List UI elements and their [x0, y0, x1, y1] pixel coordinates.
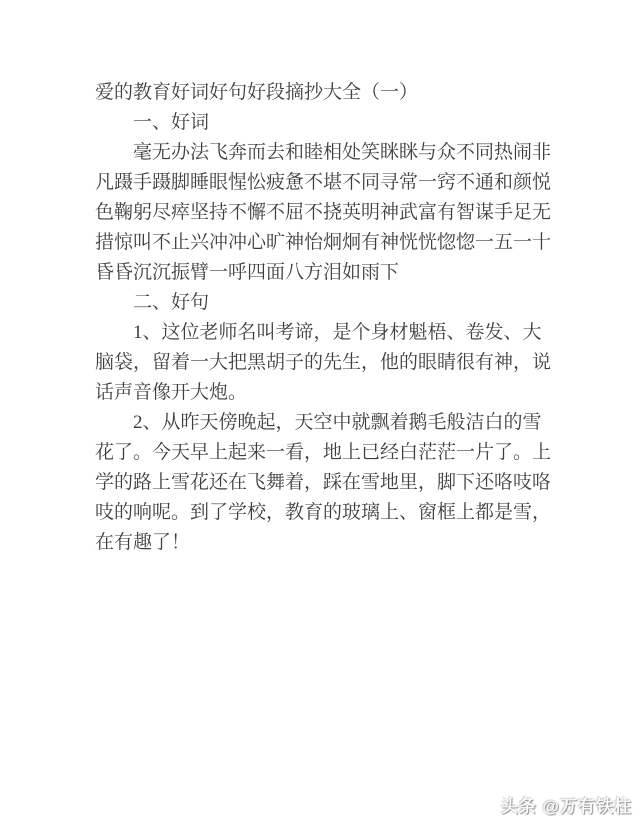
good-sentence-item-1: 1、这位老师名叫考谛，是个身材魁梧、卷发、大脑袋，留着一大把黑胡子的先生，他的眼… [95, 318, 555, 408]
document-page: 爱的教育好词好句好段摘抄大全（一） 一、好词 毫无办法飞奔而去和睦相处笑眯眯与众… [0, 0, 640, 828]
good-sentence-item-2: 2、从昨天傍晚起，天空中就飘着鹅毛般洁白的雪花了。今天早上起来一看，地上已经白茫… [95, 408, 555, 558]
article-body: 爱的教育好词好句好段摘抄大全（一） 一、好词 毫无办法飞奔而去和睦相处笑眯眯与众… [95, 78, 555, 558]
page-title: 爱的教育好词好句好段摘抄大全（一） [95, 78, 555, 108]
good-words-paragraph: 毫无办法飞奔而去和睦相处笑眯眯与众不同热闹非凡蹑手蹑脚睡眼惺忪疲惫不堪不同寻常一… [95, 138, 555, 288]
section-heading-good-words: 一、好词 [95, 108, 555, 138]
section-heading-good-sentences: 二、好句 [95, 288, 555, 318]
toutiao-watermark: 头条 @万有铁柱 [501, 792, 632, 817]
